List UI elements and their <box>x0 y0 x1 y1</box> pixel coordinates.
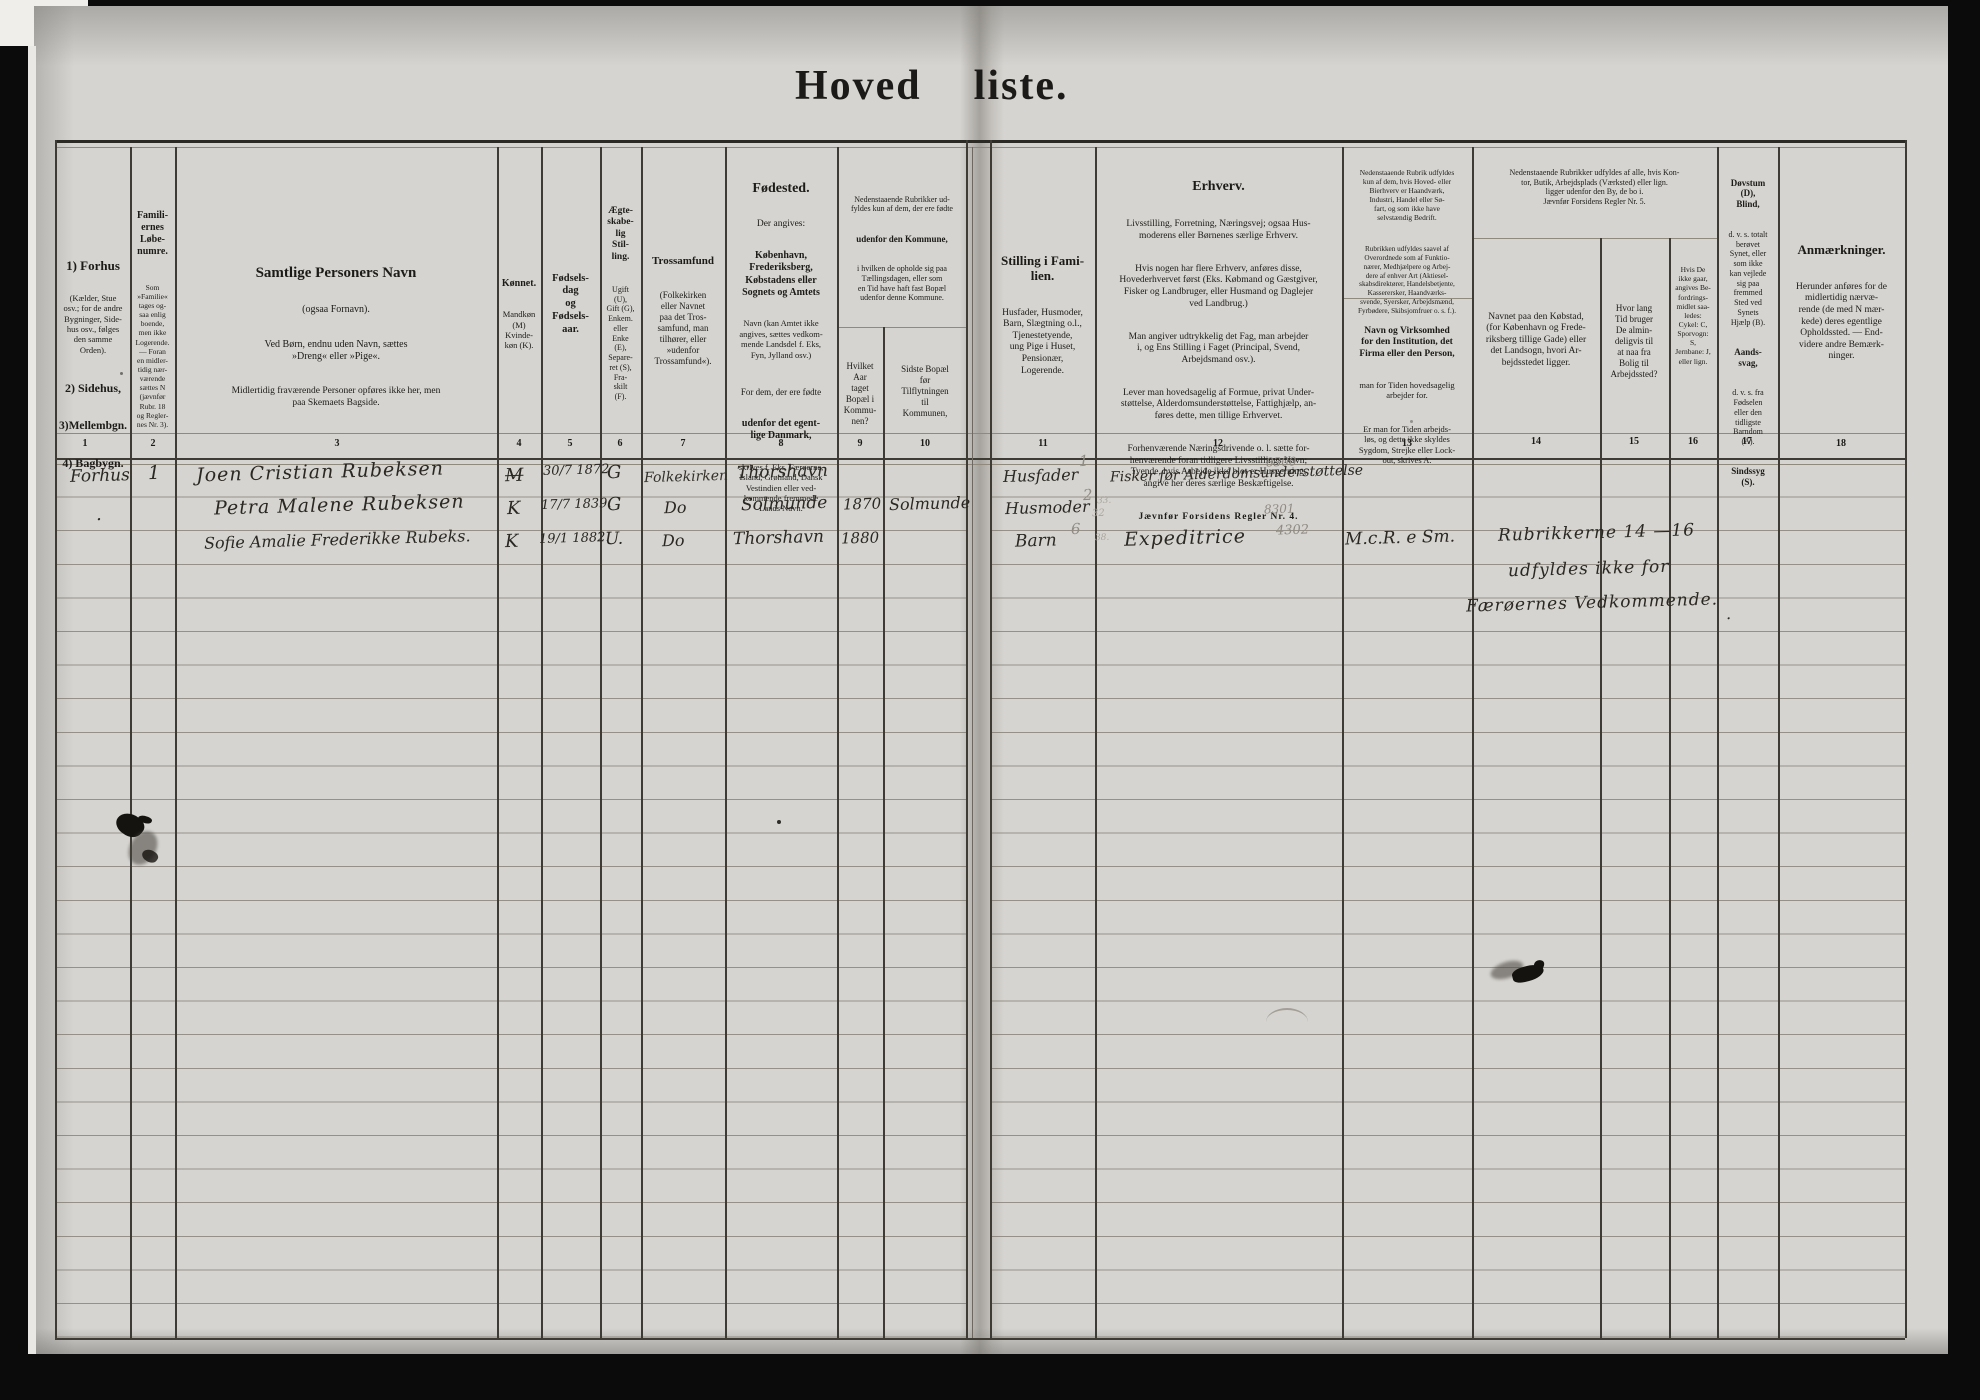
left-page-right-border-inner <box>972 147 973 1338</box>
title-word-2: liste. <box>974 62 1069 110</box>
entry-r3-marital: U. <box>605 529 624 549</box>
header-col12-title: Erhverv. <box>1097 178 1340 195</box>
colnum-6: 6 <box>605 438 635 449</box>
header-col12-p4: Lever man hovedsagelig af Formue, privat… <box>1097 388 1340 423</box>
header-col13-bottom2: man for Tiden hovedsagelig arbejder for. <box>1344 380 1470 401</box>
header-col18-note: Herunder anføres for de midlertidig nærv… <box>1780 282 1903 363</box>
colnum-14: 14 <box>1521 436 1551 447</box>
colnum-2: 2 <box>138 438 168 449</box>
header-col6-note: Ugift (U), Gift (G), Enkem. eller Enke (… <box>601 285 640 402</box>
table-bottom-border <box>55 1338 1905 1340</box>
entry-r1-church: Folkekirken <box>644 468 728 486</box>
pencil-r3-tally: 4302 <box>1276 522 1310 538</box>
header-col17: Døvstum (D), Blind, d. v. s. totalt berø… <box>1719 158 1777 508</box>
pencil-margin-mark-1: 33. <box>1097 496 1112 506</box>
pencil-margin-mark-2: 38. <box>1095 533 1110 543</box>
header-col5-fodselsdag: Fødsels- dag og Fødsels- aar. <box>542 253 599 356</box>
header-col3-sub1: (ogsaa Fornavn). <box>177 304 495 316</box>
header-col17-b2: Aands- svag, <box>1719 347 1777 369</box>
header-col9-10-shared3: i hvilken de opholde sig paa Tællingsdag… <box>839 264 965 303</box>
header-col4-title: Kønnet. <box>498 278 540 290</box>
header-col12-erhverv: Erhverv. Livsstilling, Forretning, Nærin… <box>1097 158 1340 543</box>
title-word-1: Hoved <box>795 62 922 110</box>
colnum-8: 8 <box>766 438 796 449</box>
header-col14-text: Navnet paa den Købstad, (for København o… <box>1474 312 1598 370</box>
entry-r3-employer: M.c.R. e Sm. <box>1345 526 1456 549</box>
entry-r3-birthdate: 19/1 1882. <box>539 530 610 547</box>
header-col2-title: Famili- ernes Løbe- numre. <box>131 210 174 259</box>
header-col18-anmaerkninger: Anmærkninger. Herunder anføres for de mi… <box>1780 222 1903 382</box>
header-col8-p1b: København, Frederiksberg, Købstadens ell… <box>727 250 835 299</box>
scanned-census-sheet: Hoved liste. 1) Forhus (Kælder, Stue osv… <box>0 0 1980 1400</box>
entry-r1-sex: M <box>505 465 524 487</box>
colnum-12: 12 <box>1203 438 1233 449</box>
header-col3-title: Samtlige Personers Navn <box>177 264 495 282</box>
entry-r2-church: Do <box>664 498 687 518</box>
entry-r2-position: Husmoder <box>1005 497 1090 518</box>
header-col9-10-shared1: Nedenstaaende Rubrikker ud- fyldes kun a… <box>839 195 965 215</box>
colnum-13: 13 <box>1392 438 1422 449</box>
entry-r1-family-number: 1 <box>148 462 161 484</box>
entry-r3-occupation: Expeditrice <box>1124 525 1246 550</box>
entry-r2-marital: G <box>607 494 622 515</box>
entry-r2-birthdate: 17/7 1839. <box>541 496 612 513</box>
header-col4-konnet: Kønnet. Mandkøn (M) Kvinde- køn (K). <box>498 258 540 370</box>
header-col12-p3: Man angiver udtrykkelig det Fag, man arb… <box>1097 332 1340 367</box>
header-col8-p1: Der angives: <box>727 219 835 231</box>
header-col17-b1: Døvstum (D), Blind, <box>1719 178 1777 211</box>
ink-speck <box>777 820 781 824</box>
header-col10: Sidste Bopæl før Tilflytningen til Kommu… <box>884 353 966 430</box>
number-row-separator <box>55 433 1905 434</box>
entry-r1-marital: G <box>607 462 622 483</box>
row-rules-left-page <box>56 464 968 1338</box>
colnum-17: 17 <box>1732 436 1762 447</box>
header-col1-forhus: 1) Forhus (Kælder, Stue osv.; for de and… <box>57 238 129 490</box>
header-col6-title: Ægte- skabe- lig Stil- ling. <box>601 206 640 264</box>
header-col12-p1: Livsstilling, Forretning, Næringsvej; og… <box>1097 219 1340 242</box>
header-col7-title: Trossamfund <box>643 255 723 268</box>
left-page-right-border <box>966 140 968 1338</box>
header-col9-10-shared: Nedenstaaende Rubrikker ud- fyldes kun a… <box>839 175 965 323</box>
header-col7-trossamfund: Trossamfund (Folkekirken eller Navnet pa… <box>643 235 723 387</box>
table-top-border <box>55 140 1905 143</box>
header-col8-p2: For dem, der ere fødte <box>727 387 835 398</box>
entry-r3-sex: K <box>505 531 519 552</box>
entry-r2-last-residence: Solmunde <box>889 493 971 514</box>
header-col11-title: Stilling i Fami- lien. <box>992 253 1093 285</box>
divider-col9-10 <box>883 327 885 1338</box>
pencil-arc-mark <box>1266 1008 1308 1036</box>
entry-r1-position: Husfader <box>1003 465 1079 486</box>
colnum-1: 1 <box>70 438 100 449</box>
header-col14-16-shared-text: Nedenstaaende Rubrikker udfyldes af alle… <box>1474 168 1715 207</box>
pencil-r1-tally: 8300 <box>1266 454 1297 469</box>
header-col17-b3: Sindssyg (S). <box>1719 466 1777 488</box>
pencil-r2-number: 2 <box>1083 486 1093 504</box>
header-col3-sub2: Ved Børn, endnu uden Navn, sættes »Dreng… <box>177 339 495 363</box>
header-col16-text: Hvis De ikke gaar, angives Be- fordrings… <box>1670 265 1716 366</box>
header-col1-line3: 3)Mellembgn. <box>57 419 129 433</box>
pencil-r1-number: 1 <box>1079 452 1089 470</box>
table-right-border <box>1905 140 1907 1338</box>
row-rules-right-page <box>990 464 1905 1338</box>
colnum-10: 10 <box>910 438 940 449</box>
header-col1-line1: 1) Forhus <box>57 258 129 274</box>
header-col13-top2: Rubrikken udfyldes saavel af Overordnede… <box>1344 245 1470 315</box>
ink-blot-2 <box>1490 952 1550 996</box>
header-col1-note: (Kælder, Stue osv.; for de andre Bygning… <box>57 293 129 355</box>
header-col2-lobenumre: Famili- ernes Løbe- numre. Som »Familie«… <box>131 190 174 449</box>
header-col2-note: Som »Familie« tages og- saa enlig boende… <box>131 283 174 429</box>
entry-r1-birthdate: 30/7 1872 <box>543 462 610 479</box>
colnum-11: 11 <box>1028 438 1058 449</box>
ink-speck-3 <box>1410 420 1413 423</box>
header-col9-10-shared2: udenfor den Kommune, <box>839 234 965 245</box>
header-col12-p2: Hvis nogen har flere Erhverv, anføres di… <box>1097 264 1340 310</box>
entry-r3-position: Barn <box>1015 530 1057 551</box>
header-col9-text: Hvilket Aar taget Bopæl i Kommu- nen? <box>838 361 882 427</box>
header-col1-line2: 2) Sidehus, <box>57 381 129 396</box>
header-col14: Navnet paa den Købstad, (for København o… <box>1474 300 1598 381</box>
divider-col8-9 <box>837 147 839 1338</box>
header-col16: Hvis De ikke gaar, angives Be- fordrings… <box>1670 256 1716 375</box>
col9-10-split-line <box>837 327 968 328</box>
ink-blot <box>112 810 172 872</box>
header-col13-top1: Nedenstaaende Rubrik udfyldes kun af dem… <box>1344 168 1470 222</box>
colnum-5: 5 <box>555 438 585 449</box>
entry-r2-sex: K <box>507 498 521 519</box>
header-col13-bottom1: Navn og Virksomhed for den Institution, … <box>1344 326 1470 361</box>
header-col8-p1c: Navn (kan Amtet ikke angives, sættes ved… <box>727 318 835 359</box>
header-col11-stilling: Stilling i Fami- lien. Husfader, Husmode… <box>992 233 1093 397</box>
colnum-9: 9 <box>845 438 875 449</box>
divider-col15-16 <box>1669 238 1671 1338</box>
colnum-16: 16 <box>1678 436 1708 447</box>
pencil-r2-faint-mark: 32 <box>1092 508 1105 519</box>
header-col4-note: Mandkøn (M) Kvinde- køn (K). <box>498 309 540 350</box>
colnum-3: 3 <box>322 438 352 449</box>
header-col6-aegteskabelig: Ægte- skabe- lig Stil- ling. Ugift (U), … <box>601 186 640 421</box>
entry-r3-birthplace: Thorshavn <box>733 527 825 550</box>
header-col5-title: Fødsels- dag og Fødsels- aar. <box>542 273 599 337</box>
entry-r2-year-moved: 1870 <box>843 494 882 513</box>
header-col3-navn: Samtlige Personers Navn (ogsaa Fornavn).… <box>177 244 495 429</box>
colnum-18: 18 <box>1826 438 1856 449</box>
pencil-r2-tally: 8301 <box>1264 501 1295 516</box>
colnum-4: 4 <box>504 438 534 449</box>
divider-col14-15 <box>1600 238 1602 1338</box>
header-col8-title: Fødested. <box>727 180 835 197</box>
entry-r1-building: Forhus <box>70 465 130 487</box>
page-title: Hoved liste. <box>795 62 1068 110</box>
entry-r3-church: Do <box>662 531 685 551</box>
header-col18-title: Anmærkninger. <box>1780 242 1903 258</box>
header-col7-note: (Folkekirken eller Navnet paa det Tros- … <box>643 290 723 367</box>
table-top-border-inner <box>55 147 1905 148</box>
header-col13-bottom: Navn og Virksomhed for den Institution, … <box>1344 306 1470 485</box>
header-col15: Hvor lang Tid bruger De almin- deligvis … <box>1601 292 1667 391</box>
header-col9: Hvilket Aar taget Bopæl i Kommu- nen? <box>838 350 882 438</box>
entry-r2-birthplace: Solmunde <box>741 493 828 515</box>
note-trailing-dot: . <box>1726 604 1732 623</box>
header-col17-n1: d. v. s. totalt berøvet Synet, eller som… <box>1719 230 1777 328</box>
header-col14-16-shared: Nedenstaaende Rubrikker udfyldes af alle… <box>1474 158 1715 217</box>
header-col11-note: Husfader, Husmoder, Barn, Slægtning o.l.… <box>992 308 1093 377</box>
colnum-15: 15 <box>1619 436 1649 447</box>
ink-speck-2 <box>120 372 123 375</box>
colnum-7: 7 <box>668 438 698 449</box>
entry-r1-birthplace: Thorshavn <box>737 461 829 484</box>
page-edge-highlight <box>28 46 36 1354</box>
col14-16-split-line <box>1472 238 1717 239</box>
header-col15-text: Hvor lang Tid bruger De almin- deligvis … <box>1601 303 1667 380</box>
entry-r2-building: . <box>96 504 102 525</box>
header-col3-sub3: Midlertidig fraværende Personer opføres … <box>177 386 495 409</box>
header-col10-text: Sidste Bopæl før Tilflytningen til Kommu… <box>884 364 966 419</box>
pencil-r3-number: 6 <box>1071 520 1081 538</box>
entry-r3-year-moved: 1880 <box>841 528 880 547</box>
